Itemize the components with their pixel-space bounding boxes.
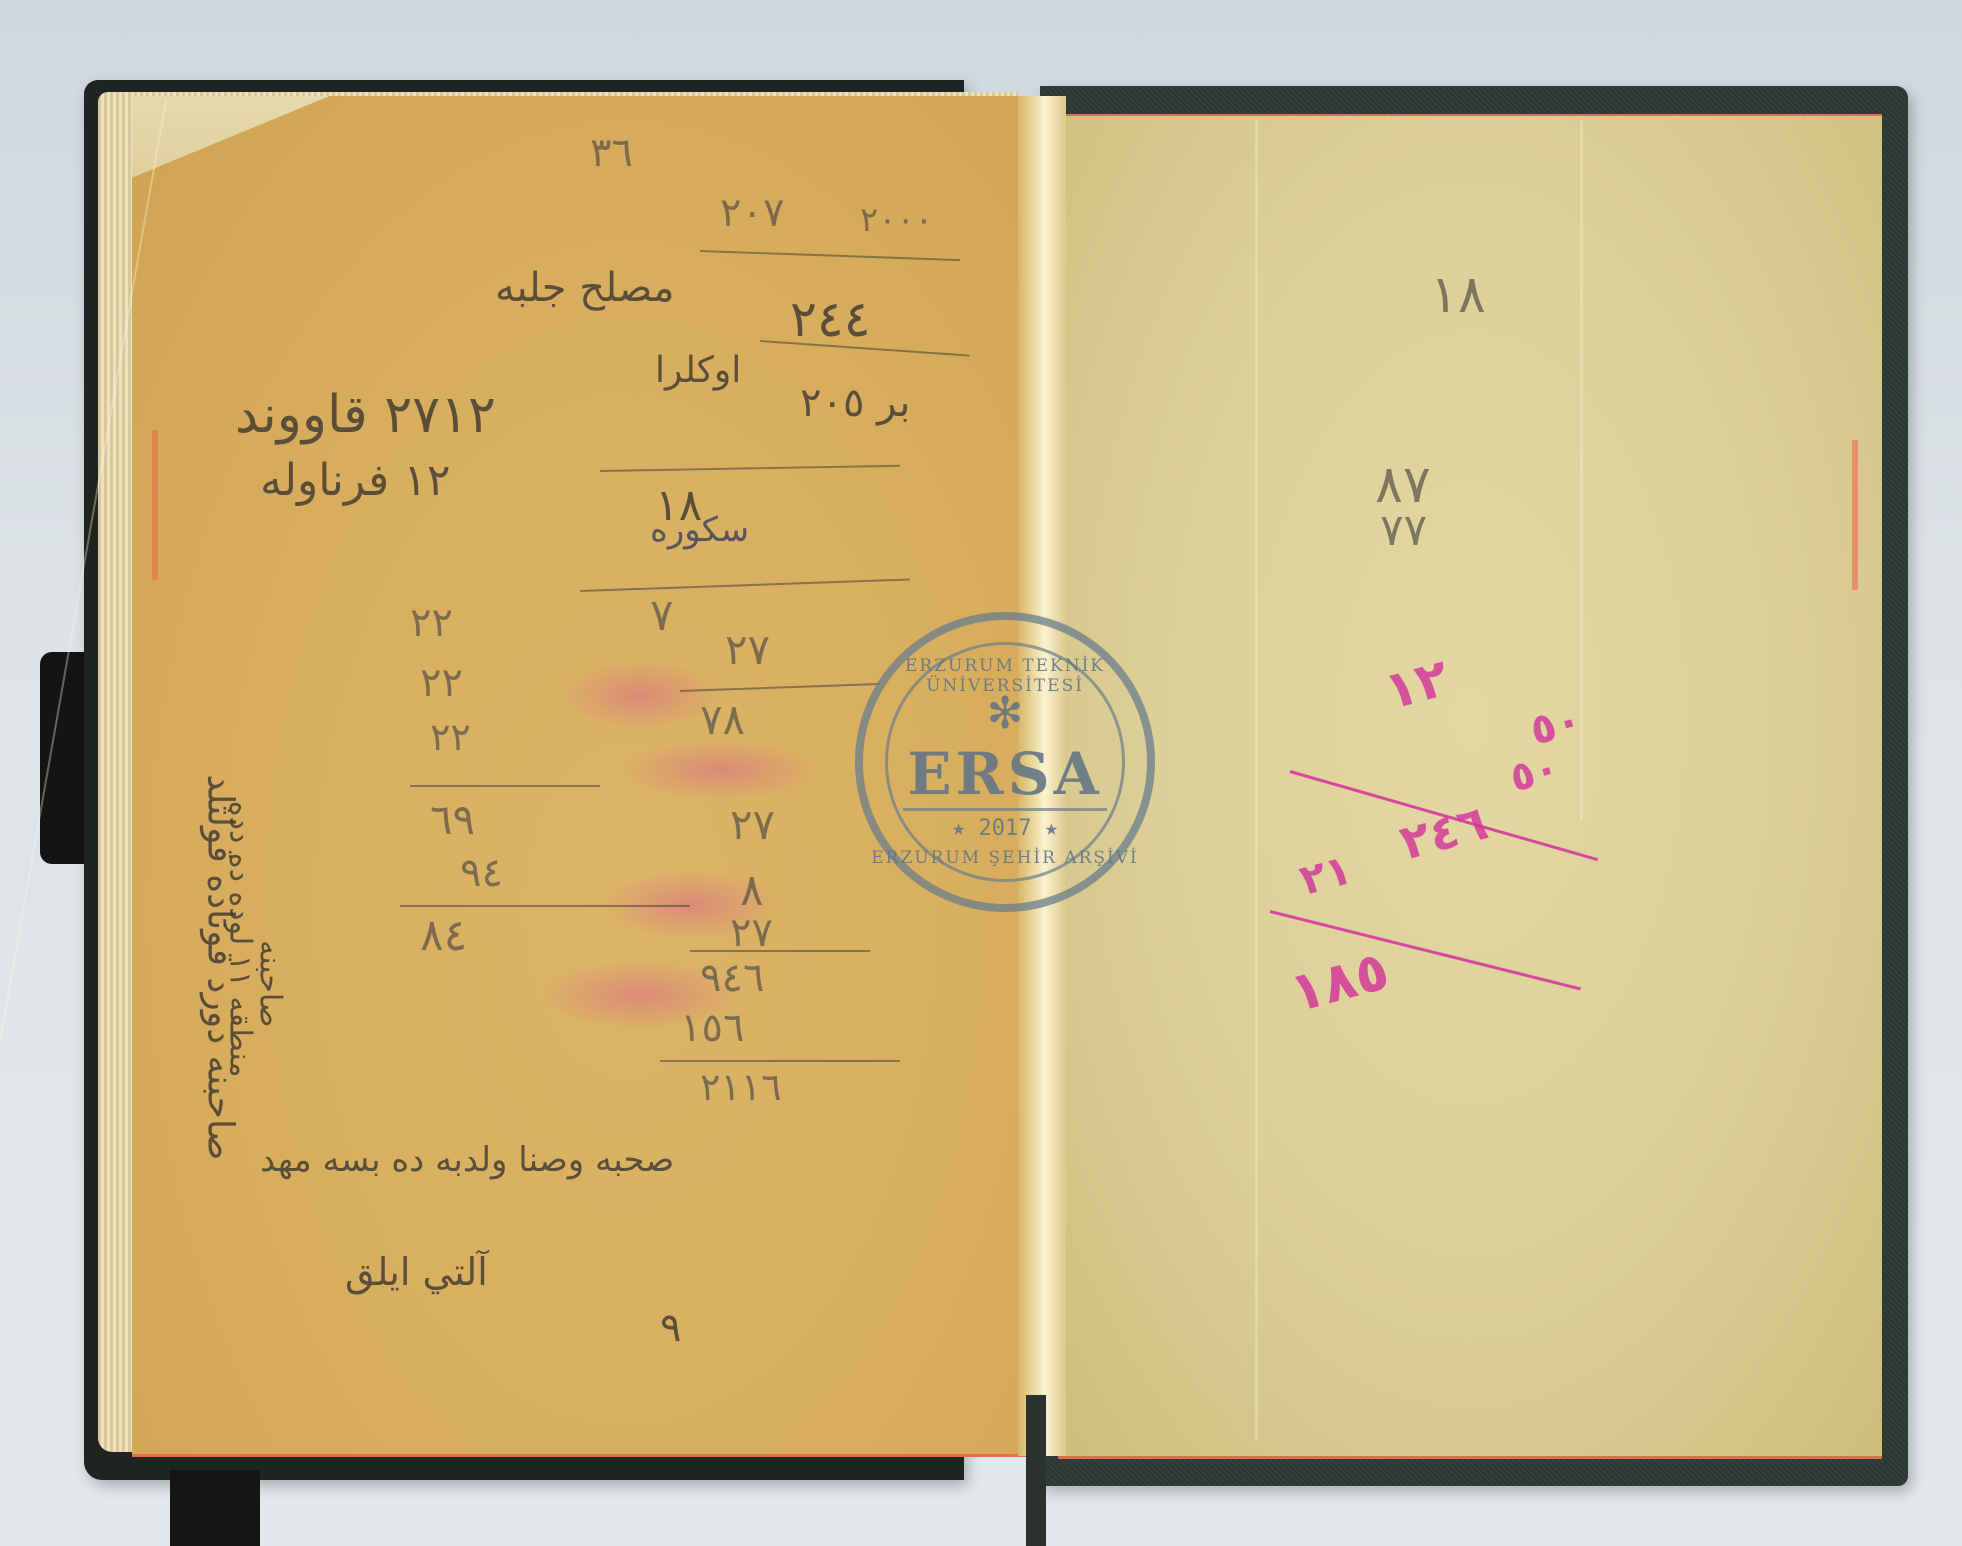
column-number: ٢٢ (420, 660, 463, 706)
column-number: ٢٧ (730, 800, 775, 849)
column-number: ١٥٦ (680, 1005, 744, 1051)
vertical-handwriting: صاحبنه (253, 728, 288, 1028)
column-number: ٧ (650, 590, 674, 641)
left-ribbon (170, 1470, 260, 1546)
page-mark: ٩ (660, 1305, 681, 1351)
stamp-divider (903, 808, 1107, 811)
snowflake-emblem-icon: ✻ (863, 692, 1147, 736)
column-number: ٢٢ (430, 715, 471, 759)
handwritten-line: ٢٧١٢ قاووند (235, 385, 496, 445)
stamp-year: ★ 2017 ★ (863, 816, 1147, 841)
handwritten-line: ١٢ فرناوله (260, 455, 450, 506)
column-number: ٢١١٦ (700, 1065, 782, 1109)
column-number: ٩٤٦ (700, 955, 764, 1001)
column-number: ٨٤ (420, 910, 467, 961)
stamp-title: ERSA (863, 740, 1147, 808)
handwritten-number: ١٨ (1430, 265, 1486, 325)
paper-wrinkle (1255, 120, 1258, 1440)
handwritten-note: سكوره (650, 510, 749, 550)
handwritten-line: صحبه وصنا ولدبه ده بسه مهد (260, 1140, 674, 1180)
column-number: ٦٩ (430, 795, 475, 844)
paper-wrinkle (1580, 120, 1583, 820)
column-number: ٩٤ (460, 850, 503, 896)
handwritten-label: مصلح جلبه (495, 265, 674, 311)
handwritten-number: ٢٠٧ (720, 190, 784, 236)
column-number: ٢٧ (725, 625, 770, 674)
ink-smudge (560, 660, 720, 730)
column-number: ٧٨ (700, 695, 745, 744)
underline (400, 905, 690, 907)
archive-stamp: ERZURUM TEKNİK ÜNİVERSİTESİ ✻ ERSA ★ 201… (855, 612, 1155, 912)
handwritten-note: اوكلرا (655, 350, 741, 391)
handwritten-number: ٣٦ (590, 130, 633, 176)
handwritten-note: بر ٢٠٥ (800, 380, 910, 426)
spine-ribbon (1026, 1395, 1046, 1546)
ink-smudge (620, 740, 820, 800)
handwritten-number: ٢٤٤ (790, 290, 871, 348)
signature: آلتي ايلق (345, 1250, 488, 1294)
underline (660, 1060, 900, 1062)
underline (690, 950, 870, 952)
stamp-bottom-text: ERZURUM ŞEHİR ARŞİVİ (863, 848, 1147, 868)
red-edge-mark (1852, 440, 1858, 590)
red-edge-mark (152, 430, 158, 580)
handwritten-number: ٢٠٠٠ (860, 200, 933, 240)
underline (410, 785, 600, 787)
column-number: ٨ (740, 865, 764, 916)
handwritten-number: ٧٧ (1380, 505, 1427, 556)
column-number: ٢٢ (410, 600, 453, 646)
